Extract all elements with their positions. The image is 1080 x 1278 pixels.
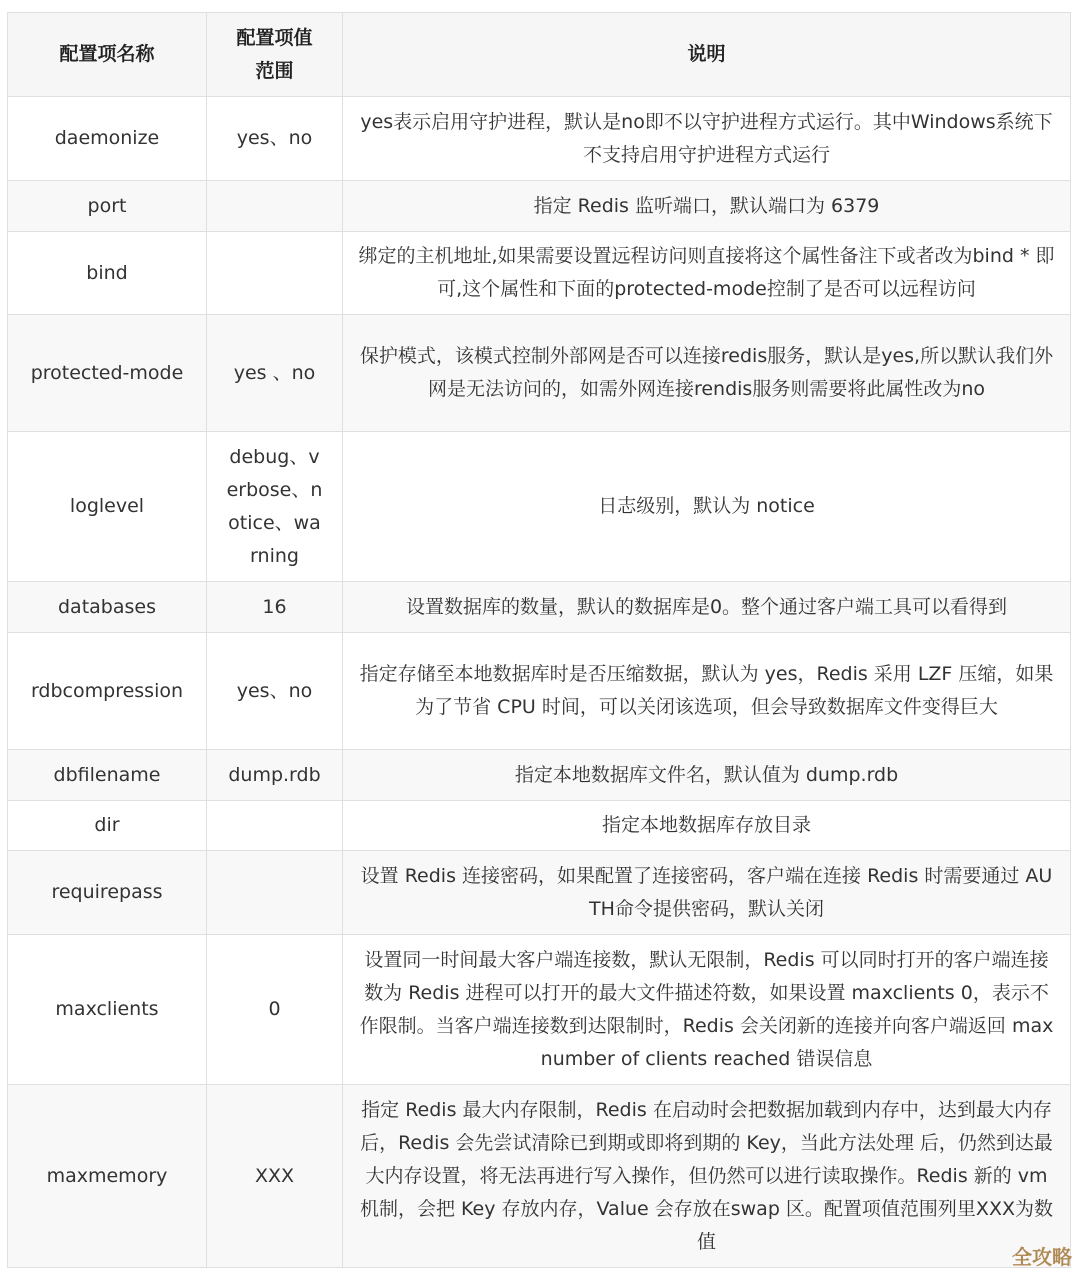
value-range-cell xyxy=(207,181,343,232)
description-cell: 设置数据库的数量，默认的数据库是0。整个通过客户端工具可以看得到 xyxy=(343,582,1071,633)
value-range-cell: yes、no xyxy=(207,633,343,750)
table-row: rdbcompressionyes、no指定存储至本地数据库时是否压缩数据，默认… xyxy=(8,633,1071,750)
value-range-cell xyxy=(207,851,343,935)
description-cell: 指定本地数据库存放目录 xyxy=(343,801,1071,851)
table-row: dbfilenamedump.rdb指定本地数据库文件名，默认值为 dump.r… xyxy=(8,750,1071,801)
config-name-cell: port xyxy=(8,181,207,232)
config-name-cell: daemonize xyxy=(8,97,207,181)
config-name-cell: requirepass xyxy=(8,851,207,935)
table-row: databases16设置数据库的数量，默认的数据库是0。整个通过客户端工具可以… xyxy=(8,582,1071,633)
config-name-cell: maxmemory xyxy=(8,1085,207,1268)
description-cell: 指定 Redis 监听端口，默认端口为 6379 xyxy=(343,181,1071,232)
table-row: port指定 Redis 监听端口，默认端口为 6379 xyxy=(8,181,1071,232)
config-name-cell: loglevel xyxy=(8,432,207,582)
value-range-cell: yes、no xyxy=(207,97,343,181)
description-cell: 指定 Redis 最大内存限制，Redis 在启动时会把数据加载到内存中，达到最… xyxy=(343,1085,1071,1268)
table-row: maxmemoryXXX指定 Redis 最大内存限制，Redis 在启动时会把… xyxy=(8,1085,1071,1268)
table-row: bind绑定的主机地址,如果需要设置远程访问则直接将这个属性备注下或者改为bin… xyxy=(8,232,1071,315)
description-cell: 保护模式，该模式控制外部网是否可以连接redis服务，默认是yes,所以默认我们… xyxy=(343,315,1071,432)
description-cell: 设置 Redis 连接密码，如果配置了连接密码，客户端在连接 Redis 时需要… xyxy=(343,851,1071,935)
table-row: protected-modeyes 、no保护模式，该模式控制外部网是否可以连接… xyxy=(8,315,1071,432)
description-cell: yes表示启用守护进程，默认是no即不以守护进程方式运行。其中Windows系统… xyxy=(343,97,1071,181)
table-row: logleveldebug、verbose、notice、warning日志级别… xyxy=(8,432,1071,582)
config-name-cell: maxclients xyxy=(8,935,207,1085)
header-row: 配置项名称 配置项值范围 说明 xyxy=(8,13,1071,97)
value-range-cell: XXX xyxy=(207,1085,343,1268)
description-cell: 指定本地数据库文件名，默认值为 dump.rdb xyxy=(343,750,1071,801)
value-range-cell: yes 、no xyxy=(207,315,343,432)
value-range-cell xyxy=(207,232,343,315)
header-description: 说明 xyxy=(343,13,1071,97)
table-row: daemonizeyes、noyes表示启用守护进程，默认是no即不以守护进程方… xyxy=(8,97,1071,181)
description-cell: 设置同一时间最大客户端连接数，默认无限制，Redis 可以同时打开的客户端连接数… xyxy=(343,935,1071,1085)
header-config-name: 配置项名称 xyxy=(8,13,207,97)
value-range-cell: dump.rdb xyxy=(207,750,343,801)
config-name-cell: databases xyxy=(8,582,207,633)
config-name-cell: rdbcompression xyxy=(8,633,207,750)
value-range-cell: 16 xyxy=(207,582,343,633)
redis-config-table: 配置项名称 配置项值范围 说明 daemonizeyes、noyes表示启用守护… xyxy=(7,12,1071,1268)
table-row: dir指定本地数据库存放目录 xyxy=(8,801,1071,851)
header-value-range: 配置项值范围 xyxy=(207,13,343,97)
config-name-cell: dbfilename xyxy=(8,750,207,801)
table-row: requirepass设置 Redis 连接密码，如果配置了连接密码，客户端在连… xyxy=(8,851,1071,935)
description-cell: 绑定的主机地址,如果需要设置远程访问则直接将这个属性备注下或者改为bind * … xyxy=(343,232,1071,315)
value-range-cell: debug、verbose、notice、warning xyxy=(207,432,343,582)
description-cell: 指定存储至本地数据库时是否压缩数据，默认为 yes，Redis 采用 LZF 压… xyxy=(343,633,1071,750)
description-cell: 日志级别，默认为 notice xyxy=(343,432,1071,582)
config-name-cell: bind xyxy=(8,232,207,315)
value-range-cell: 0 xyxy=(207,935,343,1085)
watermark-logo: 全攻略 xyxy=(1012,1241,1072,1270)
config-name-cell: protected-mode xyxy=(8,315,207,432)
value-range-cell xyxy=(207,801,343,851)
table-row: maxclients0设置同一时间最大客户端连接数，默认无限制，Redis 可以… xyxy=(8,935,1071,1085)
config-name-cell: dir xyxy=(8,801,207,851)
